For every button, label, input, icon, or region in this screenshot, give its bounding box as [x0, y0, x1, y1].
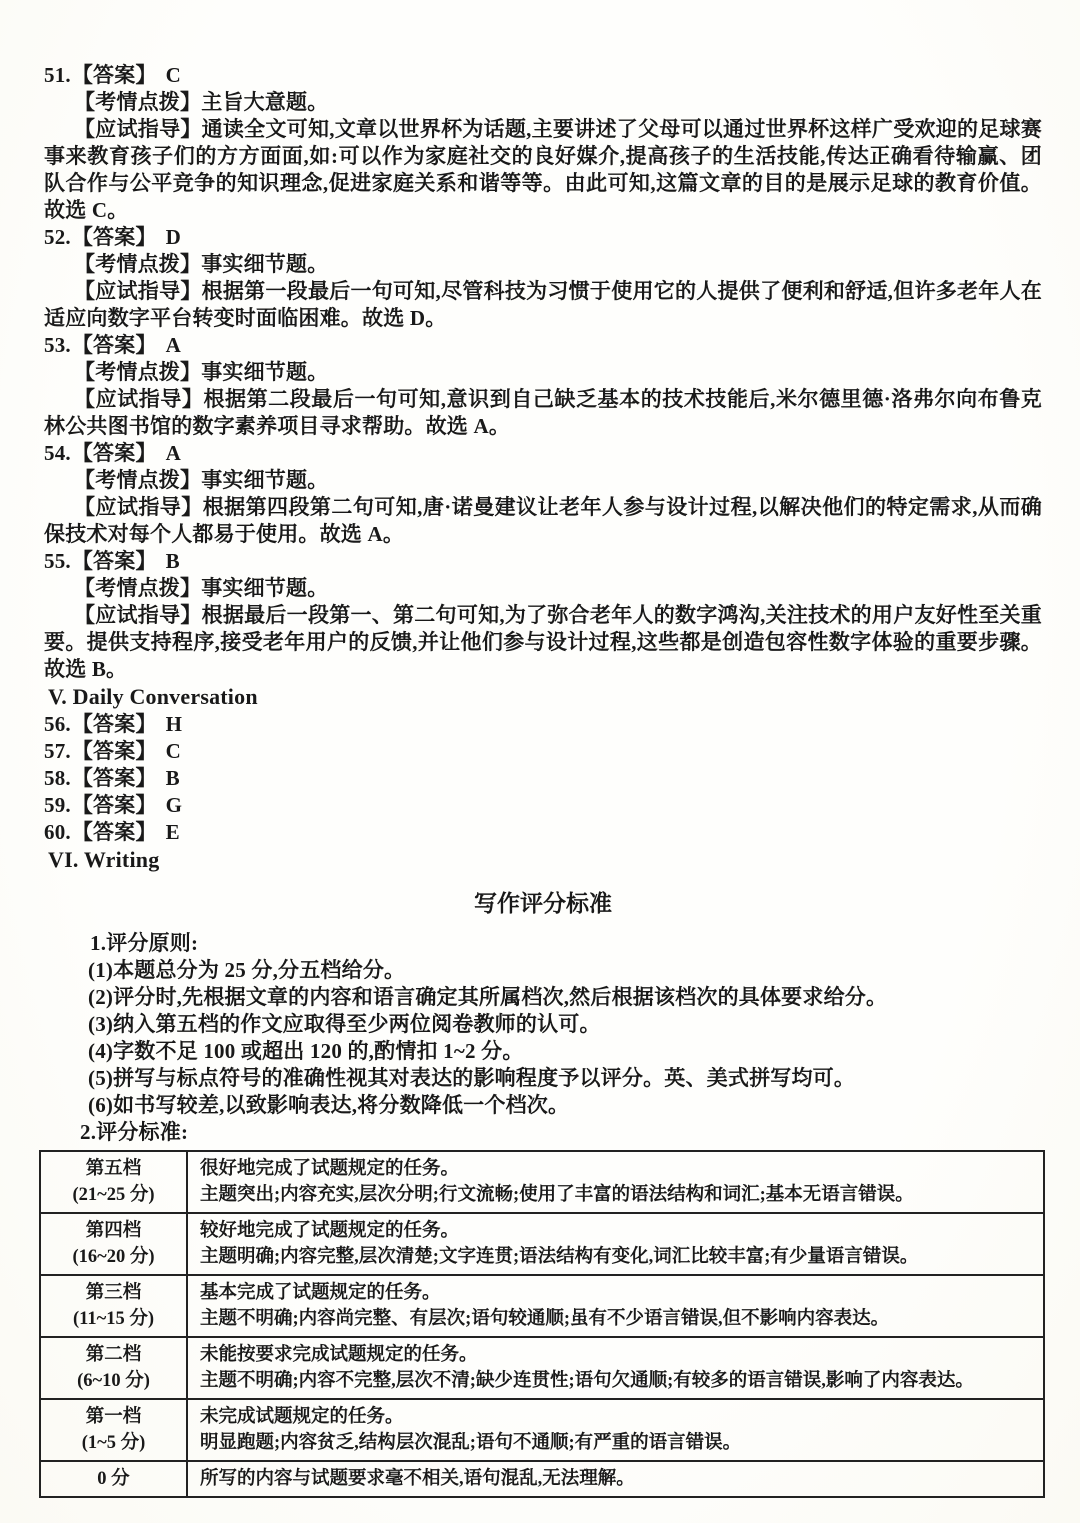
tier-cell: 第一档 (1~5 分) [40, 1399, 187, 1461]
answer-letter: B [166, 549, 180, 573]
exam-point-text: 事实细节题。 [201, 468, 328, 492]
answer-block-53: 53.【答案】A 【考情点拨】事实细节题。 【应试指导】根据第二段最后一句可知,… [44, 332, 1042, 440]
question-number: 52. [44, 225, 71, 249]
tier-name: 第四档 [43, 1218, 184, 1244]
principles-heading: 1.评分原则: [90, 930, 1042, 957]
table-row-tier5: 第五档 (21~25 分) 很好地完成了试题规定的任务。 主题突出;内容充实,层… [40, 1151, 1044, 1213]
answer-line: 58.【答案】B [44, 765, 1042, 792]
tier-cell: 0 分 [40, 1461, 187, 1497]
table-row-tier3: 第三档 (11~15 分) 基本完成了试题规定的任务。 主题不明确;内容尚完整、… [40, 1275, 1044, 1337]
desc-line-1: 未能按要求完成试题规定的任务。 [200, 1342, 1031, 1368]
answer-line: 55.【答案】B [44, 548, 1042, 575]
description-cell: 很好地完成了试题规定的任务。 主题突出;内容充实,层次分明;行文流畅;使用了丰富… [187, 1151, 1044, 1213]
guide-label: 【应试指导】 [74, 117, 202, 141]
answer-label: 【答案】 [72, 225, 157, 249]
tier-name: 第三档 [43, 1280, 184, 1306]
exam-point-label: 【考情点拨】 [74, 90, 201, 114]
tier-range: (16~20 分) [43, 1244, 184, 1270]
tier-cell: 第五档 (21~25 分) [40, 1151, 187, 1213]
tier-range: (21~25 分) [43, 1182, 184, 1208]
answer-letter: B [166, 766, 180, 790]
desc-line-1: 较好地完成了试题规定的任务。 [200, 1218, 1031, 1244]
answer-label: 【答案】 [72, 333, 157, 357]
guide-label: 【应试指导】 [74, 279, 202, 303]
principle-item: (2)评分时,先根据文章的内容和语言确定其所属档次,然后根据该档次的具体要求给分… [88, 984, 1042, 1011]
description-cell: 基本完成了试题规定的任务。 主题不明确;内容尚完整、有层次;语句较通顺;虽有不少… [187, 1275, 1044, 1337]
answer-label: 【答案】 [72, 820, 157, 844]
desc-line-2: 明显跑题;内容贫乏,结构层次混乱;语句不通顺;有严重的语言错误。 [200, 1430, 1031, 1456]
tier-cell: 第四档 (16~20 分) [40, 1213, 187, 1275]
guide-paragraph: 【应试指导】根据第二段最后一句可知,意识到自己缺乏基本的技术技能后,米尔德里德·… [44, 386, 1042, 440]
answer-block-54: 54.【答案】A 【考情点拨】事实细节题。 【应试指导】根据第四段第二句可知,唐… [44, 440, 1042, 548]
exam-point-label: 【考情点拨】 [74, 468, 201, 492]
answer-letter: G [166, 793, 183, 817]
writing-section: VI. Writing 写作评分标准 1.评分原则: (1)本题总分为 25 分… [44, 846, 1042, 1498]
answer-label: 【答案】 [72, 739, 157, 763]
guide-paragraph: 【应试指导】通读全文可知,文章以世界杯为话题,主要讲述了父母可以通过世界杯这样广… [44, 116, 1042, 224]
question-number: 59. [44, 793, 71, 817]
exam-point-line: 【考情点拨】事实细节题。 [44, 575, 1042, 602]
description-cell: 未能按要求完成试题规定的任务。 主题不明确;内容不完整,层次不清;缺少连贯性;语… [187, 1337, 1044, 1399]
tier-range: (6~10 分) [43, 1368, 184, 1394]
exam-point-label: 【考情点拨】 [74, 360, 201, 384]
desc-line-1: 基本完成了试题规定的任务。 [200, 1280, 1031, 1306]
exam-point-label: 【考情点拨】 [74, 576, 201, 600]
desc-line-1: 未完成试题规定的任务。 [200, 1404, 1031, 1430]
exam-point-line: 【考情点拨】事实细节题。 [44, 359, 1042, 386]
exam-point-line: 【考情点拨】事实细节题。 [44, 467, 1042, 494]
description-cell: 所写的内容与试题要求毫不相关,语句混乱,无法理解。 [187, 1461, 1044, 1497]
section-heading-writing: VI. Writing [48, 846, 1042, 874]
answer-line: 51.【答案】C [44, 62, 1042, 89]
answer-line: 59.【答案】G [44, 792, 1042, 819]
tier-name: 第二档 [43, 1342, 184, 1368]
exam-point-text: 事实细节题。 [201, 576, 328, 600]
answer-line: 53.【答案】A [44, 332, 1042, 359]
tier-name: 第一档 [43, 1404, 184, 1430]
desc-line-1: 很好地完成了试题规定的任务。 [200, 1156, 1031, 1182]
exam-point-label: 【考情点拨】 [74, 252, 201, 276]
description-cell: 较好地完成了试题规定的任务。 主题明确;内容完整,层次清楚;文字连贯;语法结构有… [187, 1213, 1044, 1275]
rubric-title: 写作评分标准 [44, 889, 1042, 919]
tier-name: 0 分 [43, 1466, 184, 1492]
question-number: 51. [44, 63, 71, 87]
scanned-answer-sheet: 51.【答案】C 【考情点拨】主旨大意题。 【应试指导】通读全文可知,文章以世界… [0, 0, 1080, 1523]
question-number: 54. [44, 441, 71, 465]
principle-item: (3)纳入第五档的作文应取得至少两位阅卷教师的认可。 [88, 1011, 1042, 1038]
desc-line-2: 主题明确;内容完整,层次清楚;文字连贯;语法结构有变化,词汇比较丰富;有少量语言… [200, 1244, 1031, 1270]
table-row-tier1: 第一档 (1~5 分) 未完成试题规定的任务。 明显跑题;内容贫乏,结构层次混乱… [40, 1399, 1044, 1461]
desc-line-2: 主题不明确;内容尚完整、有层次;语句较通顺;虽有不少语言错误,但不影响内容表达。 [200, 1306, 1031, 1332]
answer-label: 【答案】 [72, 63, 157, 87]
answer-label: 【答案】 [72, 793, 157, 817]
section-heading-daily-conversation: V. Daily Conversation [48, 683, 1042, 711]
tier-cell: 第二档 (6~10 分) [40, 1337, 187, 1399]
answer-line: 57.【答案】C [44, 738, 1042, 765]
guide-paragraph: 【应试指导】根据最后一段第一、第二句可知,为了弥合老年人的数字鸿沟,关注技术的用… [44, 602, 1042, 683]
principle-item: (1)本题总分为 25 分,分五档给分。 [88, 957, 1042, 984]
daily-conversation-section: V. Daily Conversation 56.【答案】H 57.【答案】C … [44, 683, 1042, 846]
table-row-tier4: 第四档 (16~20 分) 较好地完成了试题规定的任务。 主题明确;内容完整,层… [40, 1213, 1044, 1275]
scoring-criteria-table: 第五档 (21~25 分) 很好地完成了试题规定的任务。 主题突出;内容充实,层… [39, 1150, 1045, 1498]
exam-point-text: 事实细节题。 [201, 252, 328, 276]
guide-label: 【应试指导】 [74, 495, 203, 519]
question-number: 55. [44, 549, 71, 573]
answer-label: 【答案】 [72, 441, 157, 465]
guide-label: 【应试指导】 [74, 603, 202, 627]
tier-range: (1~5 分) [43, 1430, 184, 1456]
principle-item: (4)字数不足 100 或超出 120 的,酌情扣 1~2 分。 [88, 1038, 1042, 1065]
desc-line-2: 主题不明确;内容不完整,层次不清;缺少连贯性;语句欠通顺;有较多的语言错误,影响… [200, 1368, 1031, 1394]
answer-line: 56.【答案】H [44, 711, 1042, 738]
desc-line-1: 所写的内容与试题要求毫不相关,语句混乱,无法理解。 [200, 1466, 1031, 1492]
tier-name: 第五档 [43, 1156, 184, 1182]
description-cell: 未完成试题规定的任务。 明显跑题;内容贫乏,结构层次混乱;语句不通顺;有严重的语… [187, 1399, 1044, 1461]
answer-letter: D [166, 225, 181, 249]
principle-item: (5)拼写与标点符号的准确性视其对表达的影响程度予以评分。英、美式拼写均可。 [88, 1065, 1042, 1092]
exam-point-text: 主旨大意题。 [201, 90, 328, 114]
tier-range: (11~15 分) [43, 1306, 184, 1332]
question-number: 60. [44, 820, 71, 844]
exam-point-text: 事实细节题。 [201, 360, 328, 384]
question-number: 58. [44, 766, 71, 790]
answer-block-51: 51.【答案】C 【考情点拨】主旨大意题。 【应试指导】通读全文可知,文章以世界… [44, 62, 1042, 224]
answer-letter: A [166, 441, 181, 465]
answer-line: 54.【答案】A [44, 440, 1042, 467]
answer-block-55: 55.【答案】B 【考情点拨】事实细节题。 【应试指导】根据最后一段第一、第二句… [44, 548, 1042, 683]
answer-letter: C [166, 63, 181, 87]
exam-point-line: 【考情点拨】主旨大意题。 [44, 89, 1042, 116]
answer-letter: C [166, 739, 181, 763]
answer-label: 【答案】 [72, 766, 157, 790]
answer-label: 【答案】 [72, 712, 157, 736]
principle-item: (6)如书写较差,以致影响表达,将分数降低一个档次。 [88, 1092, 1042, 1119]
table-row-zero: 0 分 所写的内容与试题要求毫不相关,语句混乱,无法理解。 [40, 1461, 1044, 1497]
tier-cell: 第三档 (11~15 分) [40, 1275, 187, 1337]
answer-line: 52.【答案】D [44, 224, 1042, 251]
guide-paragraph: 【应试指导】根据第一段最后一句可知,尽管科技为习惯于使用它的人提供了便利和舒适,… [44, 278, 1042, 332]
answer-line: 60.【答案】E [44, 819, 1042, 846]
guide-paragraph: 【应试指导】根据第四段第二句可知,唐·诺曼建议让老年人参与设计过程,以解决他们的… [44, 494, 1042, 548]
criteria-heading: 2.评分标准: [80, 1119, 1042, 1146]
answer-label: 【答案】 [72, 549, 157, 573]
question-number: 57. [44, 739, 71, 763]
answer-letter: A [166, 333, 181, 357]
answer-block-52: 52.【答案】D 【考情点拨】事实细节题。 【应试指导】根据第一段最后一句可知,… [44, 224, 1042, 332]
desc-line-2: 主题突出;内容充实,层次分明;行文流畅;使用了丰富的语法结构和词汇;基本无语言错… [200, 1182, 1031, 1208]
table-row-tier2: 第二档 (6~10 分) 未能按要求完成试题规定的任务。 主题不明确;内容不完整… [40, 1337, 1044, 1399]
question-number: 53. [44, 333, 71, 357]
question-number: 56. [44, 712, 71, 736]
exam-point-line: 【考情点拨】事实细节题。 [44, 251, 1042, 278]
answer-letter: H [166, 712, 183, 736]
answer-letter: E [166, 820, 180, 844]
guide-label: 【应试指导】 [74, 387, 203, 411]
